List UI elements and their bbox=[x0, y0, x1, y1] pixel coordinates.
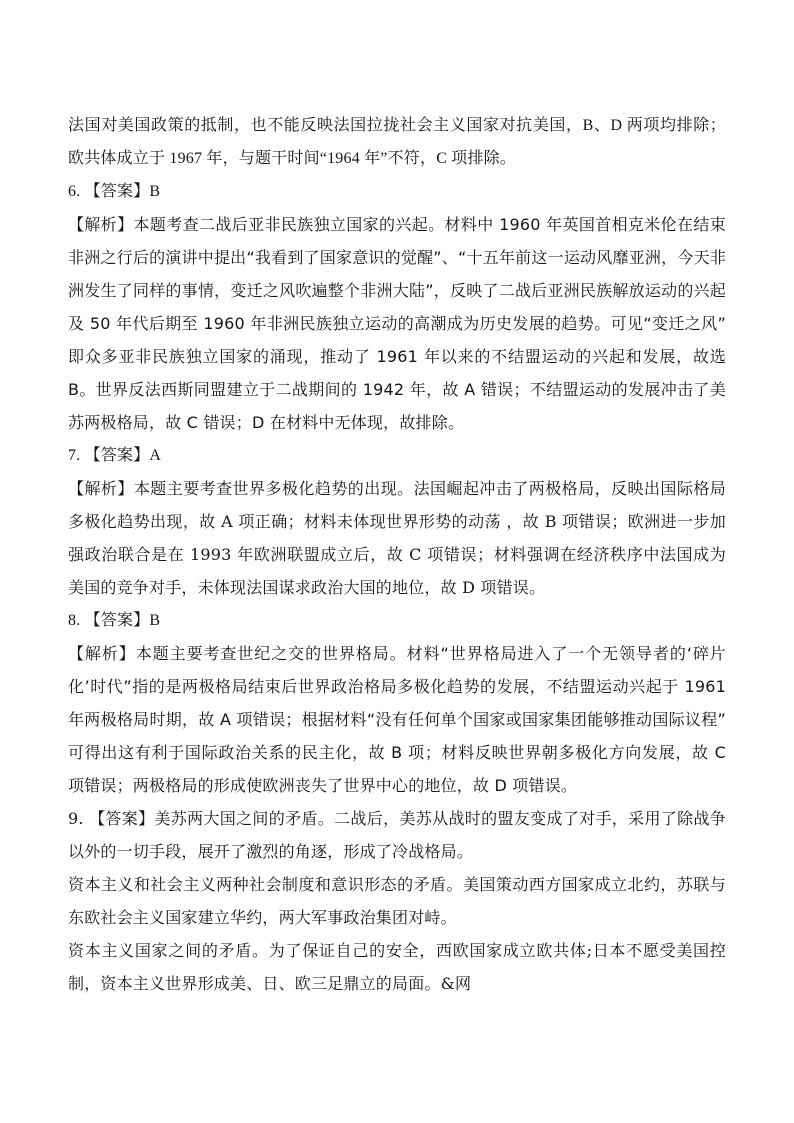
paragraph-q5-explanation-tail: 法国对美国政策的抵制，也不能反映法国拉拢社会主义国家对抗美国，B、D 两项均排除… bbox=[68, 109, 726, 175]
document-page: 法国对美国政策的抵制，也不能反映法国拉拢社会主义国家对抗美国，B、D 两项均排除… bbox=[0, 0, 794, 1123]
paragraph-q6-explanation: 【解析】本题考查二战后亚非民族独立国家的兴起。材料中 1960 年英国首相克米伦… bbox=[68, 208, 726, 439]
paragraph-q7-explanation: 【解析】本题主要考查世界多极化趋势的出现。法国崛起冲击了两极格局，反映出国际格局… bbox=[68, 472, 726, 604]
document-body: 法国对美国政策的抵制，也不能反映法国拉拢社会主义国家对抗美国，B、D 两项均排除… bbox=[68, 109, 726, 1000]
paragraph-q8-answer: 8. 【答案】B bbox=[68, 604, 726, 637]
paragraph-q9-answer-part1: 9. 【答案】美苏两大国之间的矛盾。二战后，美苏从战时的盟友变成了对手，采用了除… bbox=[68, 802, 726, 868]
paragraph-q9-answer-part3: 资本主义国家之间的矛盾。为了保证自己的安全，西欧国家成立欧共体;日本不愿受美国控… bbox=[68, 934, 726, 1000]
paragraph-q7-answer: 7. 【答案】A bbox=[68, 439, 726, 472]
paragraph-q6-answer: 6. 【答案】B bbox=[68, 175, 726, 208]
paragraph-q9-answer-part2: 资本主义和社会主义两种社会制度和意识形态的矛盾。美国策动西方国家成立北约，苏联与… bbox=[68, 868, 726, 934]
paragraph-q8-explanation: 【解析】本题主要考查世纪之交的世界格局。材料“世界格局进入了一个无领导者的‘碎片… bbox=[68, 637, 726, 802]
